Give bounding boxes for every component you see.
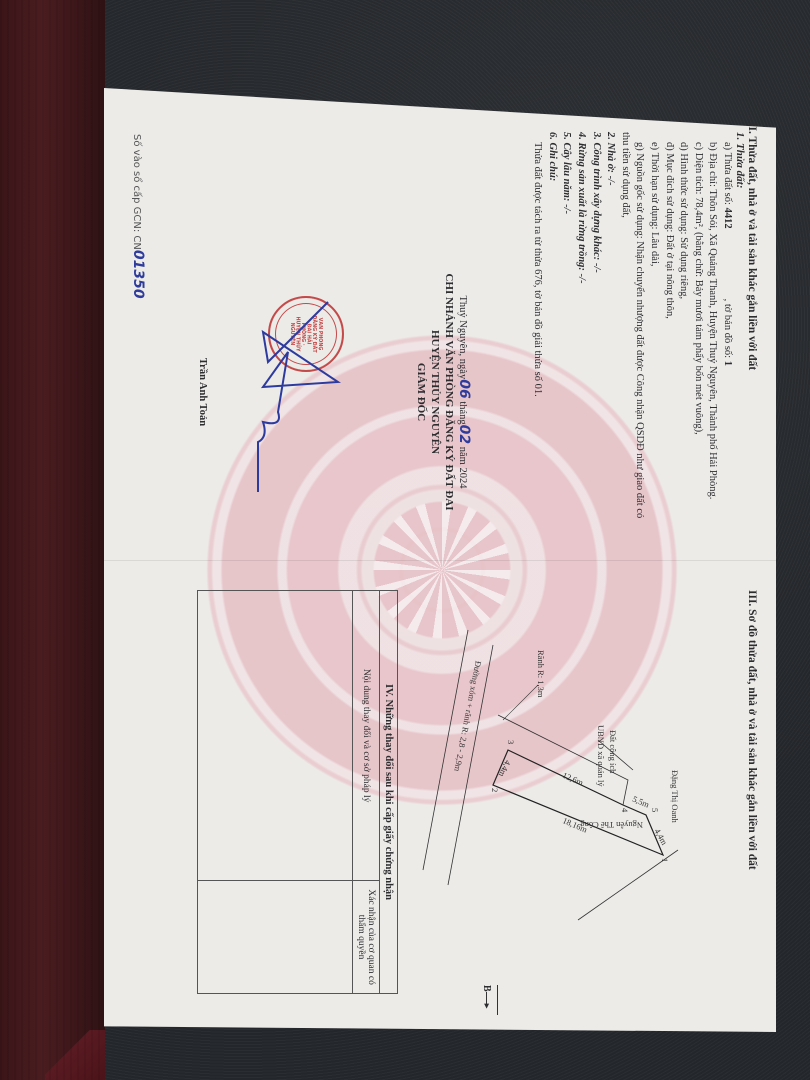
section-ii-title: II. Thửa đất, nhà ở và tài sản khác gắn … bbox=[746, 122, 758, 542]
neighbor-top: Nguyễn Thế Công bbox=[580, 820, 643, 830]
forest-line: 4. Rừng sản xuất là rừng trồng: -/- bbox=[573, 132, 588, 542]
certificate-register-number: Số vào sổ cấp GCN: CN01350 bbox=[130, 134, 146, 299]
wood-corner bbox=[45, 1030, 105, 1080]
notes-text: Thửa đất được tách ra từ thửa 676, tờ bả… bbox=[530, 142, 545, 542]
point-5: 5 bbox=[650, 808, 660, 812]
changes-content-cell bbox=[198, 591, 353, 881]
handwritten-signature-icon bbox=[208, 292, 358, 492]
issuing-org-line1: CHI NHÁNH VĂN PHÒNG ĐĂNG KÝ ĐẤT ĐAI bbox=[442, 252, 456, 532]
land-parcel-diagram bbox=[418, 590, 738, 1010]
perennial-trees-line: 5. Cây lâu năm: -/- bbox=[559, 132, 574, 542]
parcel-number-line: a) Thửa đất số: 4412, tờ bản đồ số: 1 bbox=[719, 142, 734, 542]
ditch-label: Rãnh R: 1,3m bbox=[536, 650, 546, 697]
page-fold bbox=[104, 560, 776, 561]
point-1: 1 bbox=[660, 858, 670, 862]
point-2: 2 bbox=[490, 788, 500, 792]
changes-table: IV. Những thay đổi sau khi cấp giấy chứn… bbox=[197, 590, 398, 994]
handwritten-day: 06 bbox=[456, 379, 472, 398]
neighbor-left-lower-1: Đất công ích bbox=[608, 730, 618, 773]
changes-col-content: Nội dung thay đổi và cơ sở pháp lý bbox=[353, 591, 380, 881]
point-4: 4 bbox=[620, 808, 630, 812]
section-iii-title: III. Sơ đồ thửa đất, nhà ở và tài sản kh… bbox=[746, 590, 758, 1010]
land-use-certificate: II. Thửa đất, nhà ở và tài sản khác gắn … bbox=[104, 88, 776, 1032]
usage-term-line: e) Thời hạn sử dụng: Lâu dài, bbox=[646, 142, 661, 542]
parcel-number: 4412 bbox=[722, 208, 733, 229]
map-sheet-number: 1 bbox=[722, 361, 733, 366]
right-page: III. Sơ đồ thửa đất, nhà ở và tài sản kh… bbox=[118, 590, 758, 1010]
notes-heading: 6. Ghi chú: bbox=[544, 132, 559, 542]
neighbor-left-lower-2: UBND xã quản lý bbox=[596, 725, 606, 787]
changes-col-authority: Xác nhận của cơ quan có thẩm quyền bbox=[353, 881, 380, 994]
left-page: II. Thửa đất, nhà ở và tài sản khác gắn … bbox=[118, 122, 758, 542]
signer-position: GIÁM ĐỐC bbox=[414, 252, 428, 532]
point-3: 3 bbox=[506, 740, 516, 744]
issue-date: Thuỷ Nguyên, ngày06 tháng02 năm 2024 bbox=[456, 252, 472, 532]
changes-authority-cell bbox=[198, 881, 353, 994]
signer-name: Trần Anh Toản bbox=[197, 252, 208, 532]
north-arrow-icon: B▸ bbox=[481, 985, 503, 1015]
usage-purpose-line: đ) Mục đích sử dụng: Đất ở tại nông thôn… bbox=[661, 142, 676, 542]
neighbor-left-upper: Đặng Thị Oanh bbox=[670, 770, 680, 823]
issuing-org-line2: HUYỆN THỦY NGUYÊN bbox=[428, 252, 442, 532]
address-line: b) Địa chỉ: Thôn Sỏi, Xã Quảng Thanh, Hu… bbox=[705, 142, 720, 542]
signing-block: Thuỷ Nguyên, ngày06 tháng02 năm 2024 CHI… bbox=[414, 252, 472, 532]
changes-table-title: IV. Những thay đổi sau khi cấp giấy chứn… bbox=[380, 591, 398, 994]
handwritten-register-number: 01350 bbox=[130, 250, 146, 299]
usage-form-line: d) Hình thức sử dụng: Sử dụng riêng, bbox=[676, 142, 691, 542]
origin-line-cont: thu tiền sử dụng đất, bbox=[617, 132, 632, 542]
land-heading: 1. Thửa đất: bbox=[734, 132, 746, 542]
area-line: c) Diện tích: 78,4m², (bằng chữ: Bảy mươ… bbox=[690, 142, 705, 542]
origin-line: g) Nguồn gốc sử dụng: Nhận chuyển nhượng… bbox=[632, 142, 647, 542]
other-construction-line: 3. Công trình xây dựng khác: -/- bbox=[588, 132, 603, 542]
house-line: 2. Nhà ở: -/- bbox=[603, 132, 618, 542]
wooden-edge bbox=[0, 0, 105, 1080]
handwritten-month: 02 bbox=[456, 425, 472, 444]
